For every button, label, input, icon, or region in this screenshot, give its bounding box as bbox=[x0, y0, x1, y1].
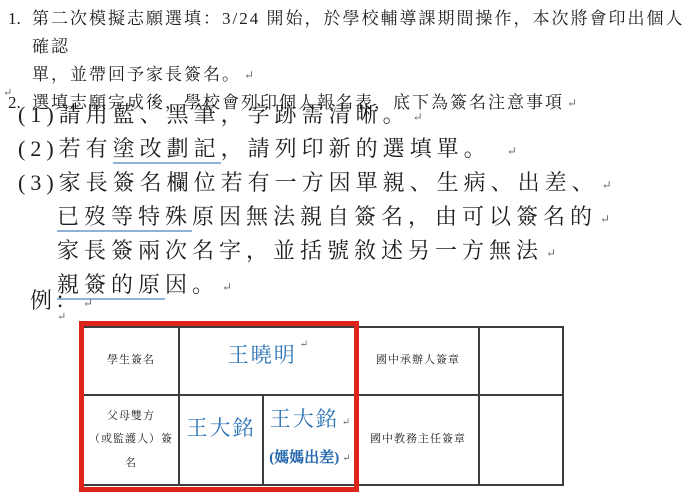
father-signature-cell-2: 王大銘↵ (媽媽出差)↵ bbox=[264, 396, 358, 484]
student-signature: 王曉明 bbox=[228, 339, 297, 369]
parent-sign-label-cell: 父母雙方 （或監護人）簽名 bbox=[84, 396, 180, 484]
text-run: (3)家長簽名欄位若有一方因單親、生病、出差、 bbox=[18, 170, 599, 195]
text-run: (2)若有 bbox=[18, 136, 113, 161]
note-line: (2)若有塗改劃記，請列印新的選填單。↵ bbox=[18, 133, 696, 167]
director-stamp-empty-cell bbox=[480, 396, 562, 484]
text-run: 家長簽兩次名字，並括號敘述另一方無法 bbox=[57, 238, 543, 263]
example-label-text: 例： bbox=[30, 288, 80, 313]
paragraph-mark: ↵ bbox=[222, 280, 232, 294]
text-line: 第二次模擬志願選填：3/24 開始，於學校輔導課期間操作，本次將會印出個人確認 bbox=[32, 5, 696, 61]
text-run: 原因無法親自簽名，由可以簽名的 bbox=[192, 204, 597, 229]
student-sign-label-cell: 學生簽名 bbox=[84, 328, 180, 396]
father-signature-1: 王大銘 bbox=[187, 412, 256, 442]
father-signature-note-line: (媽媽出差)↵ bbox=[269, 446, 350, 467]
parent-sign-label: 父母雙方 （或監護人）簽名 bbox=[84, 405, 178, 474]
list-item-text: 第二次模擬志願選填：3/24 開始，於學校輔導課期間操作，本次將會印出個人確認單… bbox=[32, 5, 696, 89]
father-signature-cell-1: 王大銘 bbox=[180, 396, 264, 484]
paragraph-mark: ↵ bbox=[546, 246, 556, 260]
note-line: (3)家長簽名欄位若有一方因單親、生病、出差、↵ bbox=[18, 167, 696, 201]
father-signature-note: (媽媽出差) bbox=[269, 450, 339, 466]
paragraph-mark: ↵ bbox=[602, 178, 612, 192]
paragraph-mark: ↵ bbox=[244, 68, 254, 82]
paragraph-mark: ↵ bbox=[83, 296, 93, 310]
handler-label-cell: 國中承辦人簽章 bbox=[358, 328, 480, 396]
director-label-cell: 國中教務主任簽章 bbox=[358, 396, 480, 484]
note-line: (1)請用藍、黑筆，字跡需清晰。↵ bbox=[18, 99, 696, 133]
underlined-text: 塗改劃記 bbox=[113, 136, 221, 164]
parent-sign-label-line1: 父母雙方 bbox=[107, 410, 155, 422]
paragraph-mark: ↵ bbox=[413, 110, 423, 124]
paragraph-mark: ↵ bbox=[507, 144, 517, 158]
list-item-1: 1.第二次模擬志願選填：3/24 開始，於學校輔導課期間操作，本次將會印出個人確… bbox=[8, 5, 696, 89]
signature-table: 學生簽名 王曉明↵ 國中承辦人簽章 父母雙方 （或監護人）簽名 王大銘 王大銘↵… bbox=[82, 326, 564, 486]
director-label: 國中教務主任簽章 bbox=[370, 428, 466, 451]
underlined-text: 已歿等特殊 bbox=[57, 204, 192, 232]
paragraph-mark: ↵ bbox=[342, 417, 350, 428]
document-page: 1.第二次模擬志願選填：3/24 開始，於學校輔導課期間操作，本次將會印出個人確… bbox=[0, 0, 700, 499]
paragraph-mark: ↵ bbox=[342, 453, 350, 464]
parent-sign-label-line2: （或監護人）簽名 bbox=[89, 433, 173, 468]
text-run: 因。 bbox=[165, 272, 219, 297]
handler-stamp-empty-cell bbox=[480, 328, 562, 396]
note-line: 親簽的原因。↵ bbox=[57, 269, 696, 303]
note-line: 家長簽兩次名字，並括號敘述另一方無法↵ bbox=[57, 235, 696, 269]
note-line: 已歿等特殊原因無法親自簽名，由可以簽名的↵ bbox=[57, 201, 696, 235]
text-line: 單，並帶回予家長簽名。↵ bbox=[32, 61, 696, 89]
text-run: ，請列印新的選填單。 bbox=[221, 136, 491, 161]
paragraph-mark: ↵ bbox=[57, 310, 66, 323]
text-run: 第二次模擬志願選填：3/24 開始，於學校輔導課期間操作，本次將會印出個人確認 bbox=[32, 9, 684, 56]
paragraph-mark: ↵ bbox=[300, 339, 308, 350]
text-run: (1)請用藍、黑筆，字跡需清晰。 bbox=[18, 102, 410, 127]
list-item-number: 1. bbox=[8, 5, 32, 89]
father-signature-2: 王大銘 bbox=[270, 407, 339, 431]
signature-notes-list: (1)請用藍、黑筆，字跡需清晰。↵(2)若有塗改劃記，請列印新的選填單。↵(3)… bbox=[18, 99, 696, 303]
paragraph-mark: ↵ bbox=[600, 212, 610, 226]
father-signature-2-line: 王大銘↵ bbox=[270, 403, 350, 433]
handler-label: 國中承辦人簽章 bbox=[376, 349, 460, 372]
text-run: 單，並帶回予家長簽名。 bbox=[32, 65, 241, 84]
student-signature-cell: 王曉明↵ bbox=[180, 328, 358, 396]
student-sign-label: 學生簽名 bbox=[107, 349, 155, 372]
paragraph-mark: ↵ bbox=[3, 86, 12, 99]
